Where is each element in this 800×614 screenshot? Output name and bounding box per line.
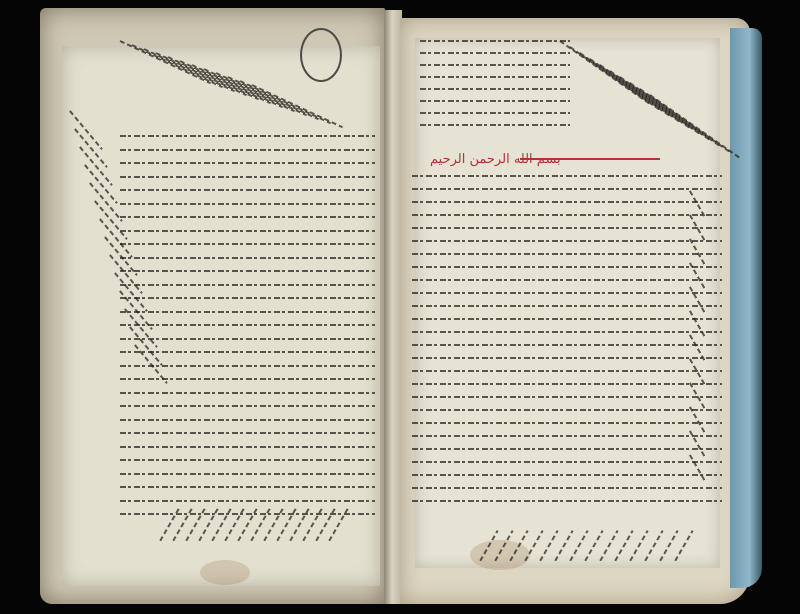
script-line <box>412 487 722 489</box>
script-line <box>420 88 570 90</box>
script-line <box>120 500 375 502</box>
script-line <box>120 365 375 367</box>
script-line <box>120 446 375 448</box>
script-line <box>412 396 722 398</box>
left-page-text-block <box>62 46 380 586</box>
script-line <box>120 135 375 137</box>
script-line <box>120 513 375 515</box>
script-line <box>120 351 375 353</box>
script-line <box>420 40 570 42</box>
script-line <box>412 318 722 320</box>
script-line <box>412 474 722 476</box>
script-line <box>412 240 722 242</box>
script-line <box>420 64 570 66</box>
script-line <box>120 230 375 232</box>
script-line <box>120 270 375 272</box>
script-line <box>120 473 375 475</box>
script-line <box>412 188 722 190</box>
script-line <box>120 216 375 218</box>
basmala-heading: بسم الله الرحمن الرحيم <box>430 152 561 167</box>
water-stain <box>200 560 250 585</box>
script-line <box>412 214 722 216</box>
script-line <box>412 357 722 359</box>
script-line <box>412 175 722 177</box>
script-line <box>420 124 570 126</box>
script-line <box>412 201 722 203</box>
script-line <box>412 500 722 502</box>
script-line <box>120 162 375 164</box>
script-line <box>420 52 570 54</box>
script-line <box>120 324 375 326</box>
script-line <box>412 409 722 411</box>
right-page <box>400 18 750 604</box>
script-line <box>412 292 722 294</box>
ownership-seal-stamp <box>300 28 342 82</box>
script-line <box>412 344 722 346</box>
script-line <box>120 405 375 407</box>
script-line <box>120 378 375 380</box>
script-line <box>412 227 722 229</box>
script-line <box>412 383 722 385</box>
script-line <box>120 419 375 421</box>
script-line <box>420 112 570 114</box>
script-line <box>412 253 722 255</box>
script-line <box>420 100 570 102</box>
script-line <box>412 370 722 372</box>
script-line <box>412 279 722 281</box>
script-line <box>412 461 722 463</box>
script-line <box>120 189 375 191</box>
water-stain <box>470 540 530 570</box>
script-line <box>412 331 722 333</box>
script-line <box>120 257 375 259</box>
script-line <box>120 311 375 313</box>
script-line <box>120 297 375 299</box>
script-line <box>120 486 375 488</box>
script-line <box>120 243 375 245</box>
script-line <box>412 305 722 307</box>
script-line <box>412 435 722 437</box>
script-line <box>120 432 375 434</box>
script-line <box>120 392 375 394</box>
script-line <box>120 149 375 151</box>
script-line <box>120 176 375 178</box>
blue-binding-edge <box>730 28 762 588</box>
script-line <box>420 76 570 78</box>
script-line <box>412 448 722 450</box>
script-line <box>120 284 375 286</box>
script-line <box>120 459 375 461</box>
script-line <box>412 422 722 424</box>
script-line <box>412 266 722 268</box>
script-line <box>120 338 375 340</box>
script-line <box>120 203 375 205</box>
